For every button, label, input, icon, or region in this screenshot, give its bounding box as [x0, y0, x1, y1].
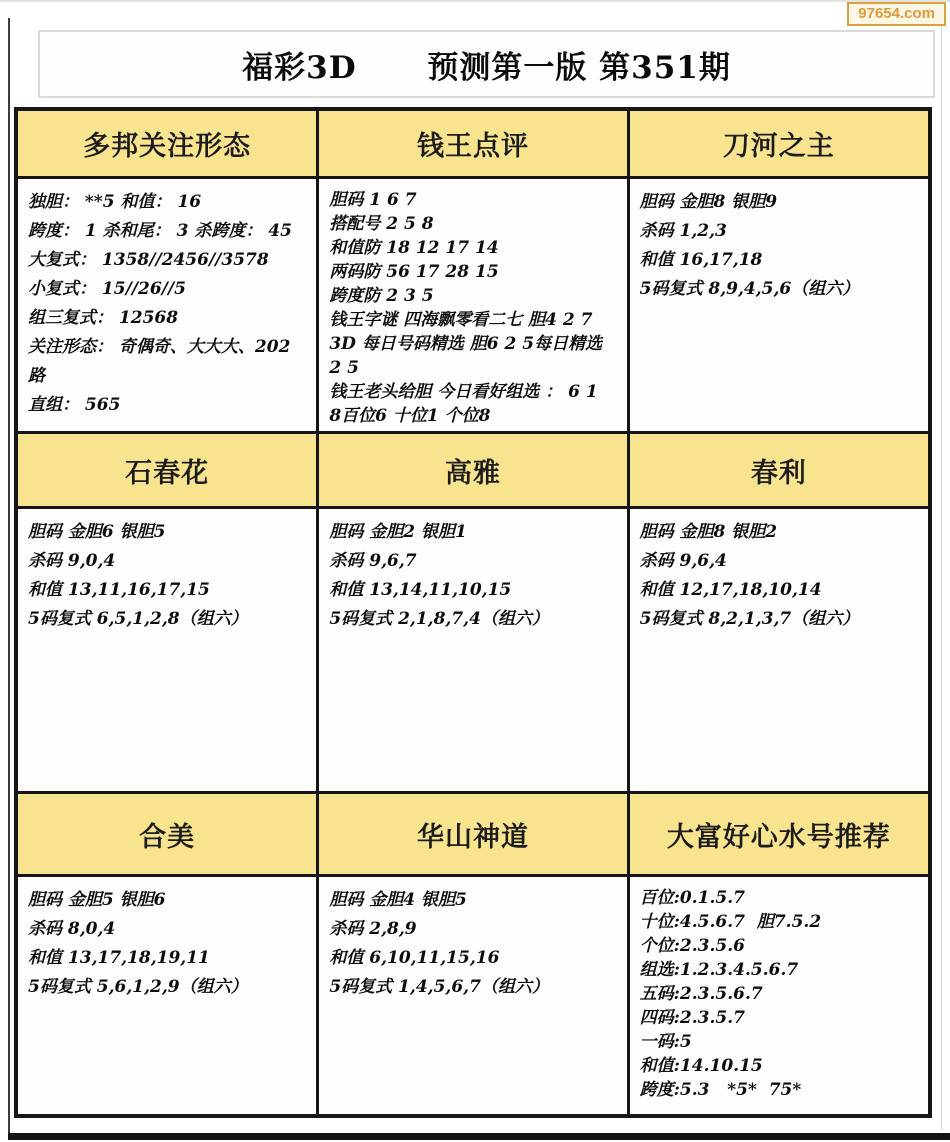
content-line: 5码复式 5,6,1,2,9（组六）: [28, 973, 304, 1002]
panel-content-shichunhua: 胆码 金胆6 银胆5杀码 9,0,4和值 13,11,16,17,155码复式 …: [18, 509, 316, 791]
content-line: 跨度:5.3 *5* 75*: [640, 1078, 916, 1102]
content-line: 和值防 18 12 17 14: [329, 236, 614, 260]
content-line: 杀码 9,6,4: [640, 547, 916, 576]
content-line: 和值 12,17,18,10,14: [640, 576, 916, 605]
content-line: 跨度防 2 3 5: [329, 284, 614, 308]
prediction-table: 多邦关注形态 钱王点评 刀河之主 独胆： **5 和值： 16跨度： 1 杀和尾…: [14, 107, 932, 1118]
content-line: 5码复式 8,2,1,3,7（组六）: [640, 605, 916, 634]
content-line: 杀码 9,0,4: [28, 547, 304, 576]
content-line: 组三复式： 12568: [28, 304, 304, 333]
panel-content-qianwang-dianping: 胆码 1 6 7搭配号 2 5 8和值防 18 12 17 14两码防 56 1…: [319, 179, 626, 431]
content-line: 5码复式 6,5,1,2,8（组六）: [28, 605, 304, 634]
content-line: 一码:5: [640, 1030, 916, 1054]
panel-header-chunli: 春利: [630, 434, 928, 506]
panel-header-shichunhua: 石春花: [18, 434, 316, 506]
content-line: 大复式： 1358//2456//3578: [28, 246, 304, 275]
content-line: 胆码 金胆8 银胆2: [640, 518, 916, 547]
content-line: 五码:2.3.5.6.7: [640, 982, 916, 1006]
panel-header-daohe-zhizhu: 刀河之主: [630, 111, 928, 176]
content-line: 和值 6,10,11,15,16: [329, 944, 614, 973]
panel-content-dafu-haoxin-shuihao: 百位:0.1.5.7十位:4.5.6.7 胆7.5.2个位:2.3.5.6组选:…: [630, 877, 928, 1114]
page-title: 福彩3D 预测第一版 第351期: [242, 42, 731, 87]
panel-content-duobang-guanzhu-xingtai: 独胆： **5 和值： 16跨度： 1 杀和尾： 3 杀跨度： 45大复式： 1…: [18, 179, 316, 431]
panel-header-dafu-haoxin-shuihao: 大富好心水号推荐: [630, 794, 928, 874]
content-line: 胆码 1 6 7: [329, 188, 614, 212]
content-line: 杀码 9,6,7: [329, 547, 614, 576]
watermark-badge: 97654.com: [847, 2, 946, 26]
content-line: 胆码 金胆8 银胆9: [640, 188, 916, 217]
scan-bottom-bar: [8, 1133, 950, 1140]
content-line: 3D 每日号码精选 胆6 2 5每日精选 2 5: [329, 332, 614, 380]
content-line: 十位:4.5.6.7 胆7.5.2: [640, 910, 916, 934]
panel-header-huashan-shendao: 华山神道: [319, 794, 626, 874]
content-line: 直组： 565: [28, 391, 304, 420]
content-line: 钱王字谜 四海飘零看二七 胆4 2 7: [329, 308, 614, 332]
content-line: 和值:14.10.15: [640, 1054, 916, 1078]
content-line: 钱王老头给胆 今日看好组选 ： 6 1 8百位6 十位1 个位8: [329, 380, 614, 428]
content-line: 独胆： **5 和值： 16: [28, 188, 304, 217]
content-line: 关注形态： 奇偶奇、大大大、202路: [28, 333, 304, 391]
content-line: 小复式： 15//26//5: [28, 275, 304, 304]
scan-right-edge-line: [941, 24, 942, 1130]
scan-top-edge-line: [0, 0, 950, 2]
content-line: 胆码 金胆2 银胆1: [329, 518, 614, 547]
scan-left-edge-line: [8, 18, 10, 1134]
content-line: 和值 16,17,18: [640, 246, 916, 275]
content-line: 杀码 1,2,3: [640, 217, 916, 246]
content-line: 5码复式 8,9,4,5,6（组六）: [640, 275, 916, 304]
title-box: 福彩3D 预测第一版 第351期: [38, 30, 935, 98]
panel-header-gaoya: 高雅: [319, 434, 626, 506]
content-line: 百位:0.1.5.7: [640, 886, 916, 910]
panel-content-daohe-zhizhu: 胆码 金胆8 银胆9杀码 1,2,3和值 16,17,185码复式 8,9,4,…: [630, 179, 928, 431]
content-line: 和值 13,11,16,17,15: [28, 576, 304, 605]
content-line: 四码:2.3.5.7: [640, 1006, 916, 1030]
panel-header-duobang-guanzhu-xingtai: 多邦关注形态: [18, 111, 316, 176]
content-line: 个位:2.3.5.6: [640, 934, 916, 958]
panel-header-hemei: 合美: [18, 794, 316, 874]
content-line: 胆码 金胆5 银胆6: [28, 886, 304, 915]
content-line: 杀码 2,8,9: [329, 915, 614, 944]
content-line: 两码防 56 17 28 15: [329, 260, 614, 284]
panel-content-chunli: 胆码 金胆8 银胆2杀码 9,6,4和值 12,17,18,10,145码复式 …: [630, 509, 928, 791]
panel-content-huashan-shendao: 胆码 金胆4 银胆5杀码 2,8,9和值 6,10,11,15,165码复式 1…: [319, 877, 626, 1114]
content-line: 跨度： 1 杀和尾： 3 杀跨度： 45: [28, 217, 304, 246]
content-line: 和值 13,17,18,19,11: [28, 944, 304, 973]
content-line: 5码复式 2,1,8,7,4（组六）: [329, 605, 614, 634]
content-line: 5码复式 1,4,5,6,7（组六）: [329, 973, 614, 1002]
content-line: 胆码 金胆4 银胆5: [329, 886, 614, 915]
panel-content-hemei: 胆码 金胆5 银胆6杀码 8,0,4和值 13,17,18,19,115码复式 …: [18, 877, 316, 1114]
content-line: 组选:1.2.3.4.5.6.7: [640, 958, 916, 982]
content-line: 胆码 金胆6 银胆5: [28, 518, 304, 547]
content-line: 和值 13,14,11,10,15: [329, 576, 614, 605]
content-line: 杀码 8,0,4: [28, 915, 304, 944]
panel-content-gaoya: 胆码 金胆2 银胆1杀码 9,6,7和值 13,14,11,10,155码复式 …: [319, 509, 626, 791]
panel-header-qianwang-dianping: 钱王点评: [319, 111, 626, 176]
content-line: 搭配号 2 5 8: [329, 212, 614, 236]
